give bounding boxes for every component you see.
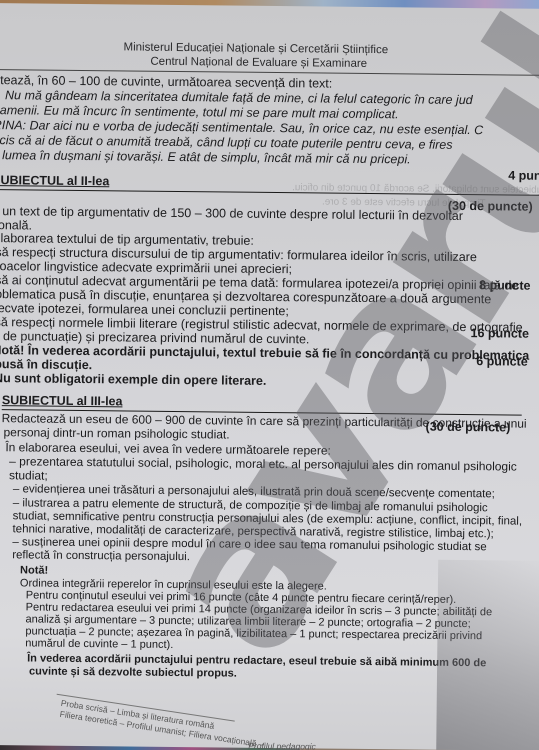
points-label: 4 puncte xyxy=(508,168,539,183)
subject2-title: SUBIECTUL al II-lea xyxy=(0,173,109,188)
subject3-note-line: numărul de cuvinte – 1 punct). xyxy=(25,636,173,652)
center-name: Centrul Național de Evaluare și Examinar… xyxy=(150,55,367,71)
exam-paper: Toate subiectele sunt obligatorii. Se ac… xyxy=(0,3,539,750)
reper-item: reflectă în construcția personajului. xyxy=(12,548,190,564)
quote-line: ți lumea în dușmani și tovarăși. E atât … xyxy=(0,148,411,166)
subject3-final-note: cuvinte și să dezvolte subiectul propus. xyxy=(29,664,237,680)
subject2-note: pusă în discuție. xyxy=(0,357,92,372)
footer-profile-2: Profilul pedagogic xyxy=(248,741,316,750)
reper-item: studiat; xyxy=(9,468,48,482)
subject2-note: Nu sunt obligatorii exemple din opere li… xyxy=(0,371,266,388)
subject3-title: SUBIECTUL al III-lea xyxy=(2,393,123,408)
subject3-task: personaj dintr-un roman psihologic studi… xyxy=(3,425,229,441)
reper-item: – prezentarea statutului social, psiholo… xyxy=(9,454,517,473)
